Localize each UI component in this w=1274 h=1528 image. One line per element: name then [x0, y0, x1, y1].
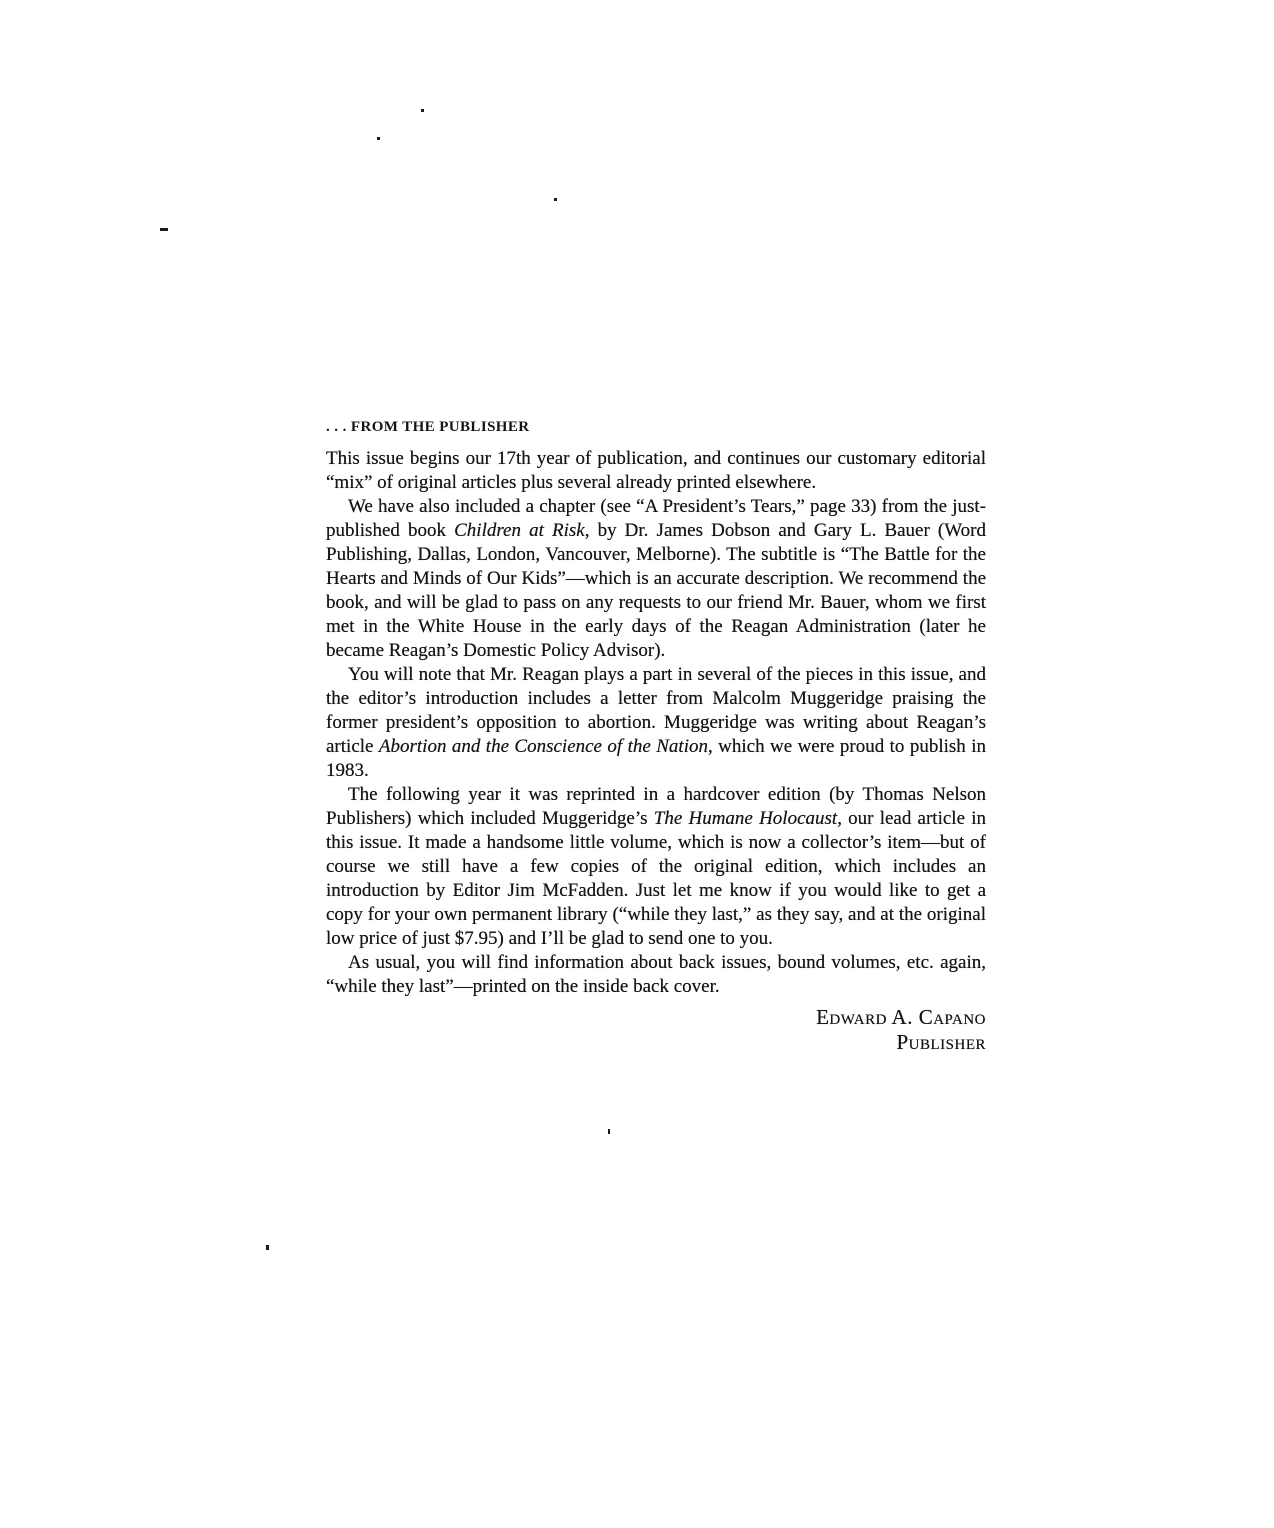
paragraph: The following year it was reprinted in a… — [326, 783, 986, 951]
text-run: , by Dr. James Dobson and Gary L. Bauer … — [326, 520, 986, 661]
paragraph: As usual, you will find information abou… — [326, 951, 986, 999]
scan-artifact-mark — [608, 1129, 610, 1134]
signature-block: Edward A. Capano Publisher — [326, 1005, 986, 1055]
text-run: This issue begins our 17th year of publi… — [326, 448, 986, 493]
article-body: This issue begins our 17th year of publi… — [326, 447, 986, 999]
text-run-italic: Abortion and the Conscience of the Natio… — [379, 736, 708, 757]
section-heading: . . . FROM THE PUBLISHER — [326, 417, 986, 437]
signature-title: Publisher — [326, 1030, 986, 1055]
scan-artifact-mark — [421, 109, 424, 112]
paragraph: We have also included a chapter (see “A … — [326, 495, 986, 663]
publisher-note: . . . FROM THE PUBLISHER This issue begi… — [326, 417, 986, 1055]
text-run: As usual, you will find information abou… — [326, 952, 986, 997]
text-run-italic: The Humane Holocaust — [654, 808, 837, 829]
text-run-italic: Children at Risk — [454, 520, 585, 541]
scan-artifact-mark — [377, 137, 380, 140]
paragraph: This issue begins our 17th year of publi… — [326, 447, 986, 495]
scan-artifact-mark — [554, 198, 557, 201]
document-page: . . . FROM THE PUBLISHER This issue begi… — [0, 0, 1274, 1528]
paragraph: You will note that Mr. Reagan plays a pa… — [326, 663, 986, 783]
text-run: , our lead article in this issue. It mad… — [326, 808, 986, 949]
scan-artifact-mark — [160, 228, 168, 231]
scan-artifact-mark — [266, 1245, 269, 1250]
signature-name: Edward A. Capano — [326, 1005, 986, 1030]
